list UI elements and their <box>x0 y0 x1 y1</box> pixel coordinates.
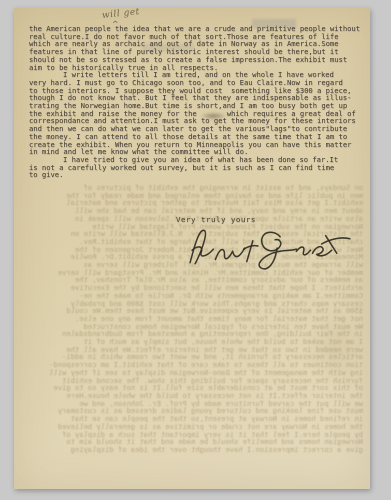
letter-paragraph: the American people the idea that we are… <box>29 25 371 71</box>
paper-stain <box>304 308 364 388</box>
signature <box>182 219 354 271</box>
handwritten-annotation: will get <box>102 8 141 21</box>
letter-paper: on Sundays, and to assist in arranging t… <box>14 8 370 489</box>
scanned-letter-scene: on Sundays, and to assist in arranging t… <box>0 0 391 500</box>
letter-body: the American people the idea that we are… <box>29 25 371 179</box>
letter-paragraph: I have tried to give you an idea of what… <box>29 156 371 179</box>
ink-smudge <box>200 112 227 120</box>
